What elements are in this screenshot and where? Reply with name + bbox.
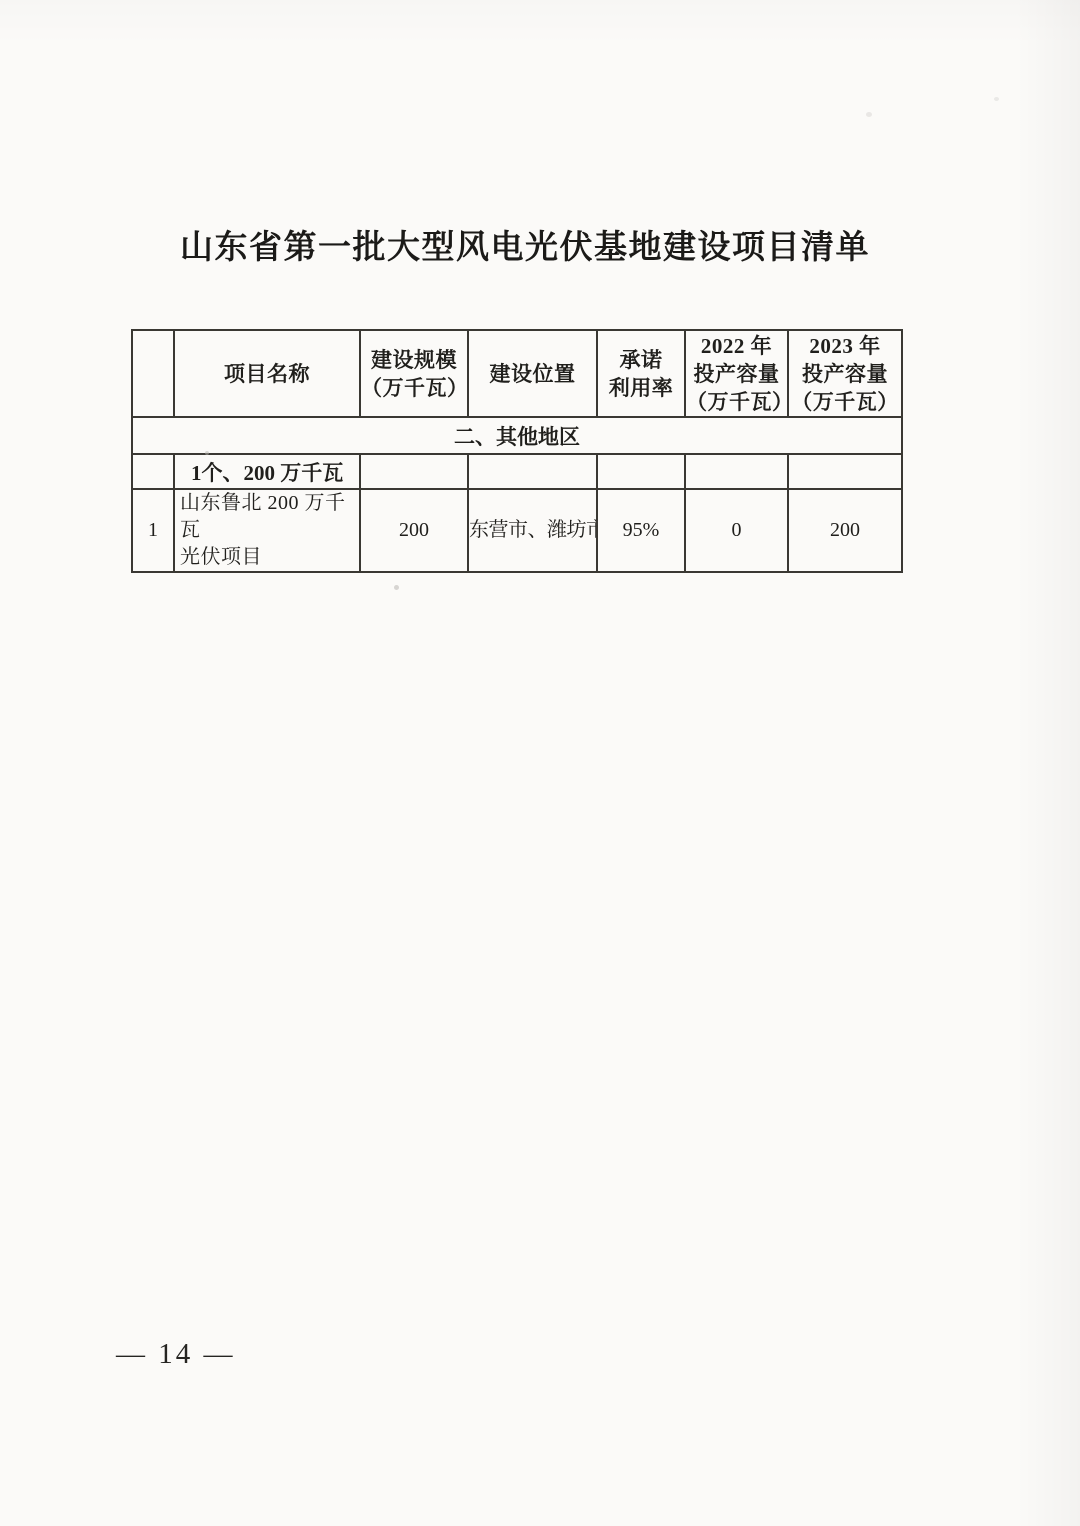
- header-project-name: 项目名称: [174, 330, 360, 417]
- document-title: 山东省第一批大型风电光伏基地建设项目清单: [0, 221, 1050, 268]
- projects-table: 项目名称 建设规模 （万千瓦） 建设位置 承诺 利用率 2022 年 投产容量 …: [131, 329, 903, 573]
- table-row: 1 山东鲁北 200 万千瓦 光伏项目 200 东营市、潍坊市 95% 0 20…: [132, 489, 902, 572]
- header-capacity-2023: 2023 年 投产容量 （万千瓦）: [788, 330, 902, 417]
- header-construction-scale: 建设规模 （万千瓦）: [360, 330, 468, 417]
- cell-construction-location: 东营市、潍坊市: [468, 489, 597, 572]
- subtotal-empty-cell: [597, 454, 685, 489]
- header-index: [132, 330, 174, 417]
- cell-project-name: 山东鲁北 200 万千瓦 光伏项目: [174, 489, 360, 572]
- subtotal-empty-cell: [788, 454, 902, 489]
- subtotal-empty-cell: [132, 454, 174, 489]
- subtotal-empty-cell: [685, 454, 788, 489]
- cell-capacity-2022: 0: [685, 489, 788, 572]
- scan-speck: [866, 112, 872, 117]
- cell-capacity-2023: 200: [788, 489, 902, 572]
- header-capacity-2022: 2022 年 投产容量 （万千瓦）: [685, 330, 788, 417]
- header-construction-location: 建设位置: [468, 330, 597, 417]
- table-header-row: 项目名称 建设规模 （万千瓦） 建设位置 承诺 利用率 2022 年 投产容量 …: [132, 330, 902, 417]
- section-row: 二、其他地区: [132, 417, 902, 454]
- cell-index: 1: [132, 489, 174, 572]
- scan-speck: [394, 585, 399, 590]
- section-title: 二、其他地区: [132, 417, 902, 454]
- subtotal-empty-cell: [360, 454, 468, 489]
- scan-speck: [205, 451, 209, 455]
- page-number: — 14 —: [116, 1338, 236, 1371]
- subtotal-label: 1个、200 万千瓦: [174, 454, 360, 489]
- scan-speck: [994, 97, 999, 101]
- cell-construction-scale: 200: [360, 489, 468, 572]
- header-promised-utilization: 承诺 利用率: [597, 330, 685, 417]
- subtotal-row: 1个、200 万千瓦: [132, 454, 902, 489]
- subtotal-empty-cell: [468, 454, 597, 489]
- cell-promised-utilization: 95%: [597, 489, 685, 572]
- scanned-document-page: 山东省第一批大型风电光伏基地建设项目清单 项目名称 建设规模 （万千瓦） 建设位…: [0, 0, 1080, 1526]
